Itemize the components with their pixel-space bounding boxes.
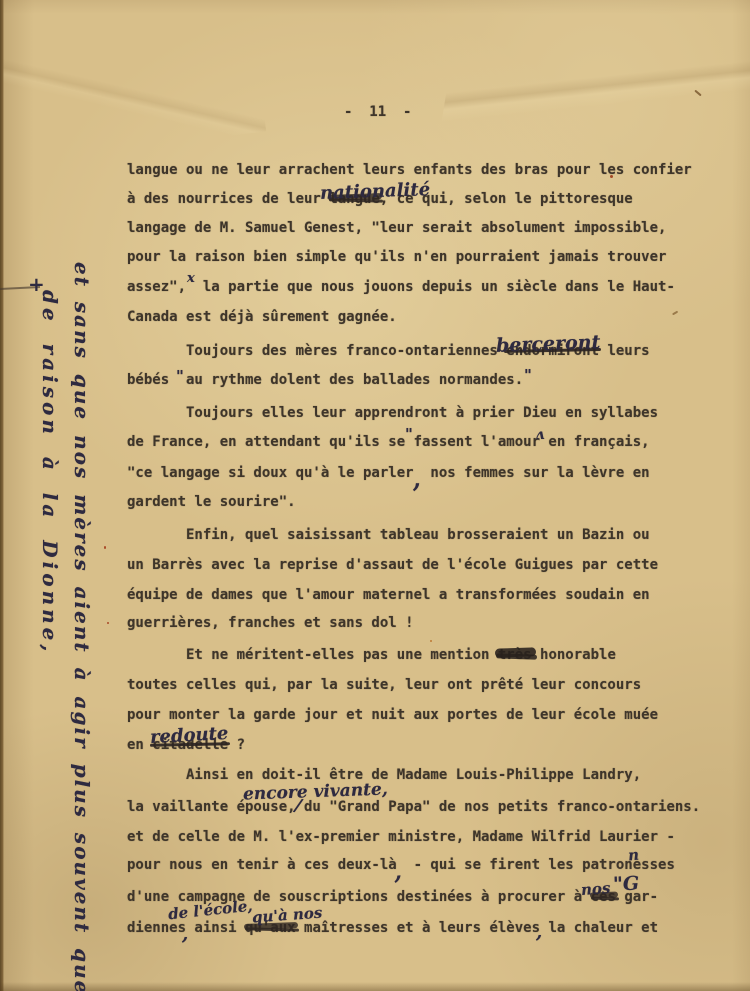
typed-text-segment: bébés au rythme dolent des ballades norm… — [127, 372, 523, 388]
handwritten-annotation-comma-eleves: , — [536, 922, 542, 943]
paper-speck — [107, 622, 109, 624]
handwritten-annotation-ref-x: x — [187, 271, 195, 286]
typed-text-segment: Toujours elles leur apprendront à prier … — [127, 405, 658, 421]
typed-line: langage de M. Samuel Genest, "leur serai… — [127, 220, 666, 237]
typed-text-segment: "ce langage si doux qu'à le parler nos f… — [127, 465, 650, 481]
handwritten-annotation-caret-amour: ʌ — [536, 427, 544, 443]
typed-text-segment: guerrières, franches et sans dol ! — [127, 615, 414, 631]
scanned-document-page: - 11 - langue ou ne leur arrachent leurs… — [0, 0, 750, 991]
typed-line: bébés au rythme dolent des ballades norm… — [127, 372, 523, 389]
paper-edge-shadow — [0, 982, 750, 991]
typed-text-segment: à des nourrices de leur — [127, 191, 329, 207]
typed-text-segment: Canada est déjà sûrement gagnée. — [127, 309, 397, 325]
margin-note-line-2: de raison à la Dionne, — [38, 290, 62, 655]
typed-text-segment: honorable — [532, 647, 616, 663]
typed-line: pour monter la garde jour et nuit aux po… — [127, 707, 658, 724]
typed-line: de France, en attendant qu'ils se fassen… — [127, 434, 650, 451]
typed-text-segment: Enfin, quel saisissant tableau brosserai… — [127, 527, 650, 543]
typed-line: "ce langage si doux qu'à le parler nos f… — [127, 465, 650, 482]
paper-speck — [430, 640, 432, 642]
struck-out-word: très — [498, 647, 532, 663]
handwritten-annotation-berceront: berceront — [496, 331, 601, 357]
typed-text-segment: assez", la partie que nous jouons depuis… — [127, 279, 675, 295]
typed-line: pour la raison bien simple qu'ils n'en p… — [127, 249, 666, 266]
handwritten-annotation-n-patronnesses: n — [627, 846, 639, 865]
typed-line: Canada est déjà sûrement gagnée. — [127, 309, 397, 326]
handwritten-annotation-nationalite: nationalité — [320, 179, 431, 204]
handwritten-annotation-quote-open-fassent: " — [405, 425, 413, 443]
typed-line: la vaillante épouse, du "Grand Papa" de … — [127, 799, 700, 816]
handwritten-annotation-quote-open-bebes: " — [176, 367, 184, 385]
typed-text-segment: Toujours des mères franco-ontariennes — [127, 343, 506, 359]
typed-text-segment: équipe de dames que l'amour maternel a t… — [127, 587, 650, 603]
typed-text-segment: la vaillante épouse, du "Grand Papa" de … — [127, 799, 700, 815]
paper-edge-shadow — [0, 0, 4, 991]
typed-line: langue ou ne leur arrachent leurs enfant… — [127, 162, 692, 179]
paper-fiber — [672, 311, 678, 315]
typed-line: diennes ainsi qu'aux maîtresses et à leu… — [127, 920, 658, 937]
handwritten-annotation-quote-close-normandes: " — [524, 366, 532, 384]
typed-text-segment: maîtresses et à leurs élèves la chaleur … — [296, 920, 658, 936]
margin-note-line-1: et sans que nos mères aient à agir plus … — [70, 262, 94, 991]
typed-text-segment: toutes celles qui, par la suite, leur on… — [127, 677, 641, 693]
handwritten-annotation-redoute: redoute — [150, 723, 229, 748]
typed-text-segment: de France, en attendant qu'ils se fassen… — [127, 434, 650, 450]
handwritten-annotation-comma-diennes: , — [182, 924, 188, 945]
typed-line: Et ne méritent-elles pas une mention trè… — [127, 647, 616, 664]
typed-text-segment: ? — [228, 737, 245, 753]
typed-text-segment: gardent le sourire". — [127, 494, 296, 510]
typed-line: équipe de dames que l'amour maternel a t… — [127, 587, 650, 604]
typed-text-segment: un Barrès avec la reprise d'assaut de l'… — [127, 557, 658, 573]
typed-line: et de celle de M. l'ex-premier ministre,… — [127, 829, 675, 846]
typed-text-segment: leurs — [599, 343, 650, 359]
typed-text-segment: Et ne méritent-elles pas une mention — [127, 647, 498, 663]
typed-line: Enfin, quel saisissant tableau brosserai… — [127, 527, 650, 544]
typed-line: Toujours elles leur apprendront à prier … — [127, 405, 658, 422]
typed-line: un Barrès avec la reprise d'assaut de l'… — [127, 557, 658, 574]
page-number: - 11 - — [344, 104, 411, 120]
typed-text-segment: pour la raison bien simple qu'ils n'en p… — [127, 249, 666, 265]
handwritten-annotation-comma-deux-la: , — [393, 859, 402, 885]
typed-text-segment: langue ou ne leur arrachent leurs enfant… — [127, 162, 692, 178]
typed-line: guerrières, franches et sans dol ! — [127, 615, 414, 632]
handwritten-annotation-g-quote: "G — [613, 873, 640, 896]
paper-crease — [0, 12, 266, 168]
typed-text-segment: langage de M. Samuel Genest, "leur serai… — [127, 220, 666, 236]
typed-text-segment: et de celle de M. l'ex-premier ministre,… — [127, 829, 675, 845]
handwritten-annotation-nos: nos — [580, 879, 611, 899]
paper-speck — [104, 546, 106, 549]
paper-crease — [440, 0, 750, 185]
typed-text-segment: en — [127, 737, 152, 753]
typed-line: gardent le sourire". — [127, 494, 296, 511]
typed-line: toutes celles qui, par la suite, leur on… — [127, 677, 641, 694]
typed-line: assez", la partie que nous jouons depuis… — [127, 279, 675, 296]
typed-text-segment: pour monter la garde jour et nuit aux po… — [127, 707, 658, 723]
